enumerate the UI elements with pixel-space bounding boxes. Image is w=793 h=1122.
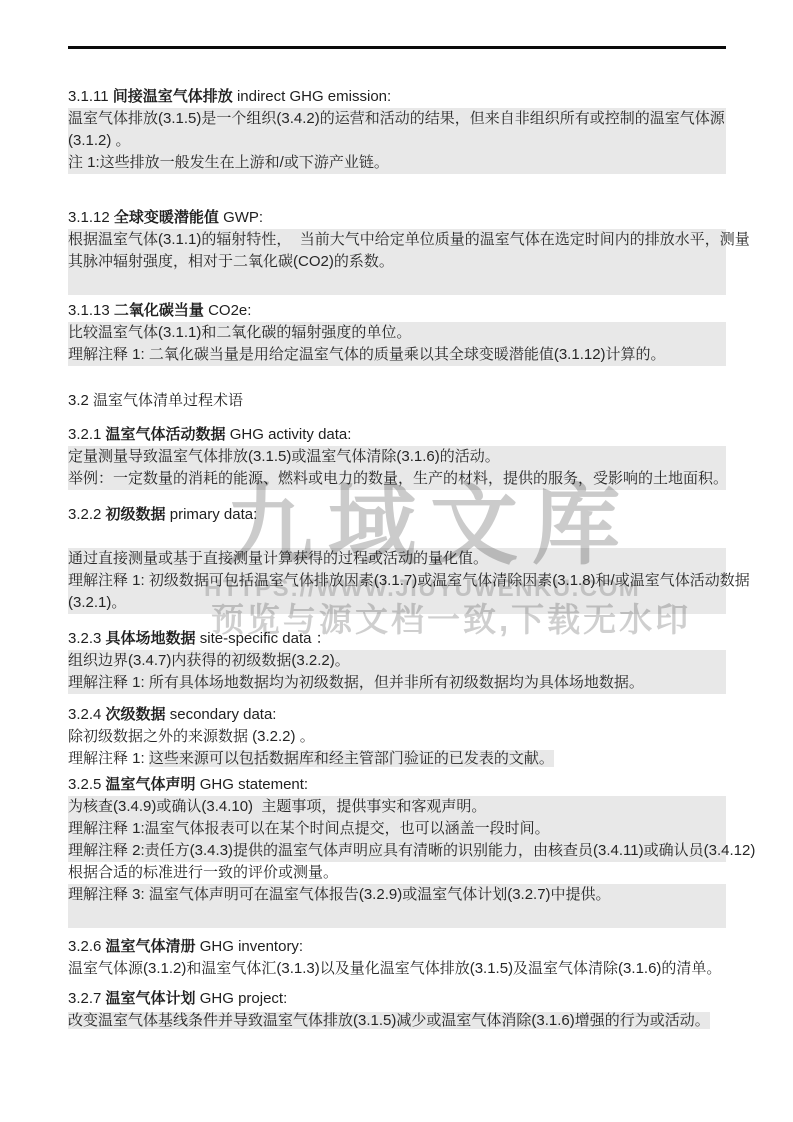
highlighted-text-line: 理解注释 1: 初级数据可包括温室气体排放因素(3.1.7)或温室气体清除因素(…	[68, 570, 726, 592]
section-heading: 3.1.11 间接温室气体排放 indirect GHG emission:	[68, 86, 726, 108]
heading-en: primary data:	[170, 506, 258, 523]
text-segment: 根据温室气体(3.1.1)的辐射特性， 当前大气中给定单位质量的温室气体在选定时…	[68, 231, 750, 248]
heading-num: 3.1.11	[68, 88, 109, 105]
heading-num: 3.2.2	[68, 506, 101, 523]
document-content: 3.1.11 间接温室气体排放 indirect GHG emission:温室…	[68, 86, 726, 1032]
document-page: 3.1.11 间接温室气体排放 indirect GHG emission:温室…	[0, 0, 793, 1122]
heading-num: 3.1.12	[68, 209, 110, 226]
text-segment: 理解注释 1: 二氧化碳当量是用给定温室气体的质量乘以其全球变暖潜能值(3.1.…	[68, 346, 666, 363]
section-3.1.11: 3.1.11 间接温室气体排放 indirect GHG emission:温室…	[68, 86, 726, 174]
highlighted-text-line: 理解注释 3: 温室气体声明可在温室气体报告(3.2.9)或温室气体计划(3.2…	[68, 884, 726, 906]
section-heading: 3.2.2 初级数据 primary data:	[68, 504, 726, 526]
heading-num: 3.2.5	[68, 776, 101, 793]
text-segment: 组织边界(3.4.7)内获得的初级数据(3.2.2)。	[68, 652, 350, 669]
section-heading: 3.2 温室气体清单过程术语	[68, 390, 726, 412]
heading-en: GHG inventory:	[200, 938, 303, 955]
text-segment: 定量测量导致温室气体排放(3.1.5)或温室气体清除(3.1.6)的活动。	[68, 448, 500, 465]
heading-en: GHG activity data:	[230, 426, 352, 443]
text-segment: 理解注释 1:	[68, 750, 149, 767]
heading-num: 3.1.13	[68, 302, 110, 319]
heading-term: 间接温室气体排放	[113, 88, 233, 105]
text-segment: 理解注释 1:温室气体报表可以在某个时间点提交，也可以涵盖一段时间。	[68, 820, 550, 837]
text-segment: 举例：一定数量的消耗的能源、燃料或电力的数量，生产的材料，提供的服务，受影响的土…	[68, 470, 728, 487]
heading-en: GWP:	[223, 209, 263, 226]
section-3.2: 3.2 温室气体清单过程术语	[68, 390, 726, 412]
text-segment: 理解注释 1: 所有具体场地数据均为初级数据，但并非所有初级数据均为具体场地数据…	[68, 674, 644, 691]
heading-num: 3.2.3	[68, 630, 101, 647]
section-heading: 3.2.6 温室气体清册 GHG inventory:	[68, 936, 726, 958]
highlighted-text-line	[68, 273, 726, 295]
heading-term: 具体场地数据	[106, 630, 196, 647]
heading-num: 3.2	[68, 392, 89, 409]
section-heading: 3.2.4 次级数据 secondary data:	[68, 704, 726, 726]
text-segment: 温室气体排放(3.1.5)是一个组织(3.4.2)的运营和活动的结果，但来自非组…	[68, 110, 725, 127]
text-line: 理解注释 1: 这些来源可以包括数据库和经主管部门验证的已发表的文献。	[68, 748, 726, 770]
heading-en: indirect GHG emission:	[237, 88, 391, 105]
text-segment: 改变温室气体基线条件并导致温室气体排放(3.1.5)减少或温室气体消除(3.1.…	[68, 1012, 710, 1029]
section-3.2.5: 3.2.5 温室气体声明 GHG statement:为核查(3.4.9)或确认…	[68, 774, 726, 928]
highlighted-text-line: 举例：一定数量的消耗的能源、燃料或电力的数量，生产的材料，提供的服务，受影响的土…	[68, 468, 726, 490]
text-segment: 温室气体源(3.1.2)和温室气体汇(3.1.3)以及量化温室气体排放(3.1.…	[68, 960, 721, 977]
highlighted-text-line: 通过直接测量或基于直接测量计算获得的过程或活动的量化值。	[68, 548, 726, 570]
section-3.1.12: 3.1.12 全球变暖潜能值 GWP:根据温室气体(3.1.1)的辐射特性， 当…	[68, 207, 726, 295]
text-line: 根据合适的标准进行一致的评价或测量。	[68, 862, 726, 884]
text-segment: 其脉冲辐射强度，相对于二氧化碳(CO2)的系数。	[68, 253, 394, 270]
highlighted-text-line: 温室气体排放(3.1.5)是一个组织(3.4.2)的运营和活动的结果，但来自非组…	[68, 108, 726, 130]
heading-num: 3.2.7	[68, 990, 101, 1007]
heading-num: 3.2.6	[68, 938, 101, 955]
highlighted-text-line: 组织边界(3.4.7)内获得的初级数据(3.2.2)。	[68, 650, 726, 672]
heading-term: 全球变暖潜能值	[114, 209, 219, 226]
section-3.2.7: 3.2.7 温室气体计划 GHG project:改变温室气体基线条件并导致温室…	[68, 988, 726, 1032]
text-segment: 这些来源可以包括数据库和经主管部门验证的已发表的文献。	[149, 750, 554, 767]
section-heading: 3.2.1 温室气体活动数据 GHG activity data:	[68, 424, 726, 446]
section-3.2.4: 3.2.4 次级数据 secondary data:除初级数据之外的来源数据 (…	[68, 704, 726, 770]
text-segment: 除初级数据之外的来源数据 (3.2.2) 。	[68, 728, 315, 745]
text-segment: 通过直接测量或基于直接测量计算获得的过程或活动的量化值。	[68, 550, 488, 567]
section-3.2.6: 3.2.6 温室气体清册 GHG inventory:温室气体源(3.1.2)和…	[68, 936, 726, 980]
heading-en: secondary data:	[170, 706, 277, 723]
section-3.2.2: 3.2.2 初级数据 primary data:通过直接测量或基于直接测量计算获…	[68, 504, 726, 614]
section-3.1.13: 3.1.13 二氧化碳当量 CO2e:比较温室气体(3.1.1)和二氧化碳的辐射…	[68, 300, 726, 366]
heading-term: 初级数据	[106, 506, 166, 523]
highlighted-text-line: 理解注释 1:温室气体报表可以在某个时间点提交，也可以涵盖一段时间。	[68, 818, 726, 840]
text-segment: (3.1.2) 。	[68, 132, 131, 149]
highlighted-text-line	[68, 906, 726, 928]
section-heading: 3.1.13 二氧化碳当量 CO2e:	[68, 300, 726, 322]
highlighted-text-line: (3.2.1)。	[68, 592, 726, 614]
text-segment: 注 1:这些排放一般发生在上游和/或下游产业链。	[68, 154, 389, 171]
heading-term: 次级数据	[106, 706, 166, 723]
highlighted-text-line: 理解注释 1: 所有具体场地数据均为初级数据，但并非所有初级数据均为具体场地数据…	[68, 672, 726, 694]
highlighted-text-line: 定量测量导致温室气体排放(3.1.5)或温室气体清除(3.1.6)的活动。	[68, 446, 726, 468]
highlighted-text-line: 注 1:这些排放一般发生在上游和/或下游产业链。	[68, 152, 726, 174]
heading-en: CO2e:	[208, 302, 251, 319]
heading-term: 温室气体清册	[106, 938, 196, 955]
section-heading: 3.2.7 温室气体计划 GHG project:	[68, 988, 726, 1010]
heading-term: 二氧化碳当量	[114, 302, 204, 319]
heading-en: site-specific data ：	[200, 630, 331, 647]
section-heading: 3.2.3 具体场地数据 site-specific data ：	[68, 628, 726, 650]
heading-term: 温室气体计划	[106, 990, 196, 1007]
text-line: 除初级数据之外的来源数据 (3.2.2) 。	[68, 726, 726, 748]
section-heading: 3.1.12 全球变暖潜能值 GWP:	[68, 207, 726, 229]
text-line	[68, 526, 726, 548]
heading-term: 温室气体活动数据	[106, 426, 226, 443]
highlighted-text-line: 理解注释 2:责任方(3.4.3)提供的温室气体声明应具有清晰的识别能力，由核查…	[68, 840, 726, 862]
text-segment: 为核查(3.4.9)或确认(3.4.10) 主题事项，提供事实和客观声明。	[68, 798, 486, 815]
text-line: 温室气体源(3.1.2)和温室气体汇(3.1.3)以及量化温室气体排放(3.1.…	[68, 958, 726, 980]
text-segment: 理解注释 1: 初级数据可包括温室气体排放因素(3.1.7)或温室气体清除因素(…	[68, 572, 750, 589]
heading-en: GHG project:	[200, 990, 288, 1007]
section-3.2.1: 3.2.1 温室气体活动数据 GHG activity data:定量测量导致温…	[68, 424, 726, 490]
heading-num: 3.2.4	[68, 706, 101, 723]
highlighted-text-line: 比较温室气体(3.1.1)和二氧化碳的辐射强度的单位。	[68, 322, 726, 344]
highlighted-text-line: 其脉冲辐射强度，相对于二氧化碳(CO2)的系数。	[68, 251, 726, 273]
heading-en: GHG statement:	[200, 776, 308, 793]
section-3.2.3: 3.2.3 具体场地数据 site-specific data ：组织边界(3.…	[68, 628, 726, 694]
highlighted-text-line: 根据温室气体(3.1.1)的辐射特性， 当前大气中给定单位质量的温室气体在选定时…	[68, 229, 726, 251]
heading-term: 温室气体清单过程术语	[93, 392, 243, 409]
highlighted-text-line: 理解注释 1: 二氧化碳当量是用给定温室气体的质量乘以其全球变暖潜能值(3.1.…	[68, 344, 726, 366]
section-heading: 3.2.5 温室气体声明 GHG statement:	[68, 774, 726, 796]
highlighted-text-line: (3.1.2) 。	[68, 130, 726, 152]
text-segment: 理解注释 3: 温室气体声明可在温室气体报告(3.2.9)或温室气体计划(3.2…	[68, 886, 611, 903]
heading-num: 3.2.1	[68, 426, 101, 443]
header-rule	[68, 46, 726, 49]
text-line: 改变温室气体基线条件并导致温室气体排放(3.1.5)减少或温室气体消除(3.1.…	[68, 1010, 726, 1032]
text-segment: 根据合适的标准进行一致的评价或测量。	[68, 864, 338, 881]
text-segment: (3.2.1)。	[68, 594, 126, 611]
highlighted-text-line: 为核查(3.4.9)或确认(3.4.10) 主题事项，提供事实和客观声明。	[68, 796, 726, 818]
text-segment: 比较温室气体(3.1.1)和二氧化碳的辐射强度的单位。	[68, 324, 411, 341]
text-segment: 理解注释 2:责任方(3.4.3)提供的温室气体声明应具有清晰的识别能力，由核查…	[68, 842, 755, 859]
heading-term: 温室气体声明	[106, 776, 196, 793]
